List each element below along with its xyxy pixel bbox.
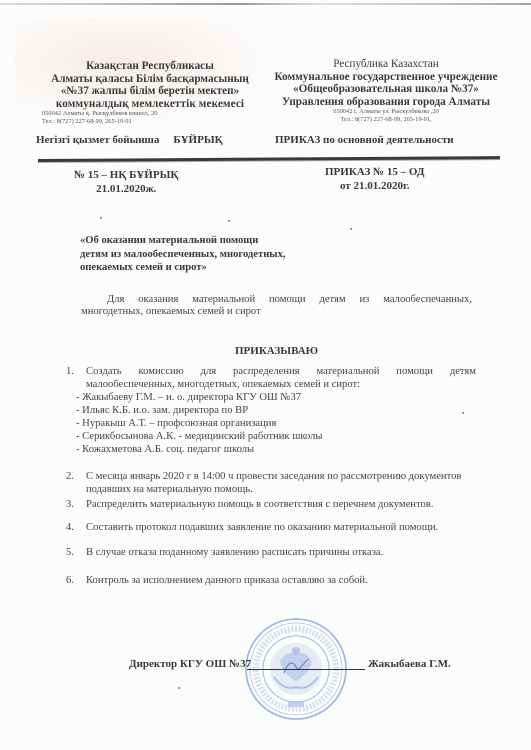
item-text: Составить протокол подавших заявление по… [86,521,476,534]
preamble-line-1: Для оказания материальной помощи детям и… [81,293,472,307]
header-left-line: коммуналдық мемлекеттік мекемесі [30,98,270,111]
header-right-line: «Общеобразовательная школа №37» [255,83,517,96]
signatory-name: Жакыбаева Г.М. [368,658,451,670]
header-right-address: 050042 г. Алматы ул. Рыскулбекова ,20 [255,108,517,116]
header-left-kazakh: Казақстан Республикасы Алматы қаласы Біл… [30,60,270,126]
directive-heading: ПРИКАЗЫВАЮ [235,345,318,357]
commission-member: - Кожахметова А.Б. соц. педагог школы [76,443,254,456]
order-type-russian: ПРИКАЗ по основной деятельности [275,134,454,146]
scan-speck [228,220,230,222]
commission-member: - Ильяс К.Б. и.о. зам. директора по ВР [76,404,248,417]
order-date-russian: от 21.01.2020г. [325,179,424,193]
header-left-line: Казақстан Республикасы [30,60,270,73]
item-text-line1: С месяца январь 2020 г в 14:00 ч провест… [86,470,476,483]
subject-line: «Об оказании материальной помощи [80,234,286,248]
commission-member: - Жакыбаеву Г.М. – и. о. директора КГУ О… [76,391,301,404]
scan-speck [350,228,352,230]
item-number: 1. [66,365,82,378]
order-subject: «Об оказании материальной помощи детям и… [80,234,286,275]
order-type-kazakh-text: Негізгі қызмет бойынша [36,134,159,146]
subject-line: опекаемых семей и сирот» [80,261,286,275]
item-text-line2: подавших на материальную помощь. [86,483,476,496]
item-number: 6. [66,574,82,587]
item-number: 5. [66,546,82,559]
item-text: В случае отказа поданному заявлению расп… [86,546,476,559]
item-text: Контроль за исполнением данного приказа … [86,574,476,587]
header-left-line: Алматы қаласы Білім басқармасының [30,73,270,86]
header-right-line: Коммунальное государственное учреждение [255,71,517,84]
scan-speck [100,217,102,219]
item-text: Распределить материальную помощь в соотв… [86,498,476,511]
order-number-russian-value: ПРИКАЗ № 15 – ОД [325,165,424,179]
order-number-russian: ПРИКАЗ № 15 – ОД от 21.01.2020г. [325,165,424,193]
order-type-kazakh: Негізгі қызмет бойыншаБҰЙРЫҚ [36,134,223,146]
item-number: 3. [66,498,82,511]
header-right-line: Управления образования города Алматы [255,96,517,109]
item-number: 4. [66,521,82,534]
header-left-phone: Тел.: 8(727) 227-68-99, 265-19-91 [30,118,270,126]
scan-speck [462,412,464,414]
order-date-kazakh: 21.01.2020ж. [74,182,178,196]
item-number: 2. [66,470,82,483]
preamble-line-2: многодетных, опекаемых семей и сирот [81,306,261,317]
commission-member: - Нуракыш А.Т. – профсоюзная организация [76,417,276,430]
scan-speck [178,687,180,689]
scan-top-edge [0,3,531,5]
item-text-line2: малообеспеченных, многодетных, опекаемых… [86,378,476,391]
signature-line [247,669,365,670]
header-right-phone: Тел.: 8(727) 227-68-99, 265-19-91, [255,116,517,124]
order-type-kazakh-keyword: БҰЙРЫҚ [173,134,222,146]
item-text-line1: Создать комиссию для распределения матер… [86,365,476,378]
header-divider [38,156,500,162]
commission-member: - Серикбосынова А.К. - медицинский работ… [76,430,323,443]
header-left-address: 050042 Алматы қ. Рысқұлбеков көшесі, 20 [30,110,270,118]
signature-position: Директор КГУ ОШ №37 [129,658,251,670]
subject-line: детям из малообеспеченных, многодетных, [80,248,286,262]
order-number-kazakh: № 15 – НҚ БҰЙРЫҚ 21.01.2020ж. [74,168,178,196]
header-left-line: «№37 жалпы білім беретін мектеп» [30,85,270,98]
order-number-kazakh-value: № 15 – НҚ БҰЙРЫҚ [74,168,178,182]
header-right-russian: Республика Казахстан Коммунальное госуда… [255,58,517,124]
header-right-line: Республика Казахстан [255,58,517,71]
